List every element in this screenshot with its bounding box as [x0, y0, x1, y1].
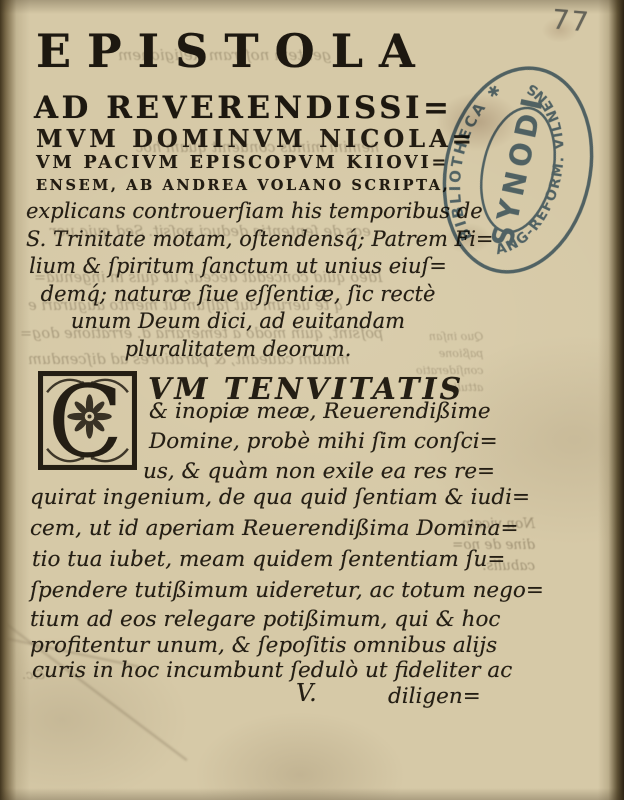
- page-edge-top: [0, 0, 624, 14]
- argument-block: explicans controuerſiam his temporibus d…: [26, 198, 450, 363]
- argument-line: unum Deum dici, ad euitandam: [26, 308, 450, 336]
- book-page-scan: gentem noſtram Religionem nemini minus c…: [0, 0, 624, 800]
- folio-number: 77: [551, 4, 592, 38]
- title-line: EPISTOLA: [36, 24, 431, 78]
- woodcut-initial-art: C: [36, 370, 139, 471]
- body-line: & inopiæ meæ, Reuerendißime: [149, 399, 491, 424]
- body-line: us, & quàm non exile ea res re=: [143, 459, 495, 484]
- library-stamp-art: BIBLIOTHECA ✱ EVANG-REFORM. VILNENSIS SY…: [417, 46, 619, 294]
- title-line: VM PACIVM EPISCOPVM KIIOVI=: [36, 153, 449, 173]
- body-line: quirat ingenium, de qua quid ſentiam & i…: [30, 485, 530, 510]
- argument-line: explicans controuerſiam his temporibus d…: [26, 198, 450, 226]
- woodcut-initial: C: [36, 370, 139, 471]
- argument-line: S. Trinitate motam, oſtendensq́; Patrem …: [26, 226, 450, 254]
- title-line: MVM DOMINVM NICOLA=: [36, 124, 476, 153]
- catchword: diligen=: [388, 684, 481, 709]
- body-line: ſpendere tutißimum uideretur, ac totum n…: [30, 578, 544, 603]
- argument-line: pluralitatem deorum.: [26, 336, 450, 364]
- title-line: AD REVERENDISSI=: [34, 90, 452, 126]
- signature-mark: V.: [296, 679, 317, 707]
- body-line: cem, ut id aperiam Reuerendißima Domina=: [30, 516, 519, 541]
- argument-line: demq́; naturæ ſiue eſſentiæ, ſic rectè: [26, 281, 450, 309]
- body-line: curis in hoc incumbunt ſedulò ut fidelit…: [32, 658, 512, 683]
- page-edge-bottom: [0, 788, 624, 800]
- title-line: ENSEM, AB ANDREA VOLANO SCRIPTA,: [36, 177, 450, 194]
- argument-line: lium & ſpiritum ſanctum ut unius eiuſ=: [26, 253, 450, 281]
- body-line: tium ad eos relegare potißimum, qui & ho…: [30, 607, 500, 632]
- body-line: Domine, probè mihi ſim conſci=: [149, 429, 498, 454]
- body-line: profitentur unum, & ſepoſitis omnibus al…: [30, 633, 497, 658]
- body-line: tio tua iubet, meam quidem ſententiam ſu…: [32, 547, 505, 572]
- library-stamp: BIBLIOTHECA ✱ EVANG-REFORM. VILNENSIS SY…: [417, 46, 619, 294]
